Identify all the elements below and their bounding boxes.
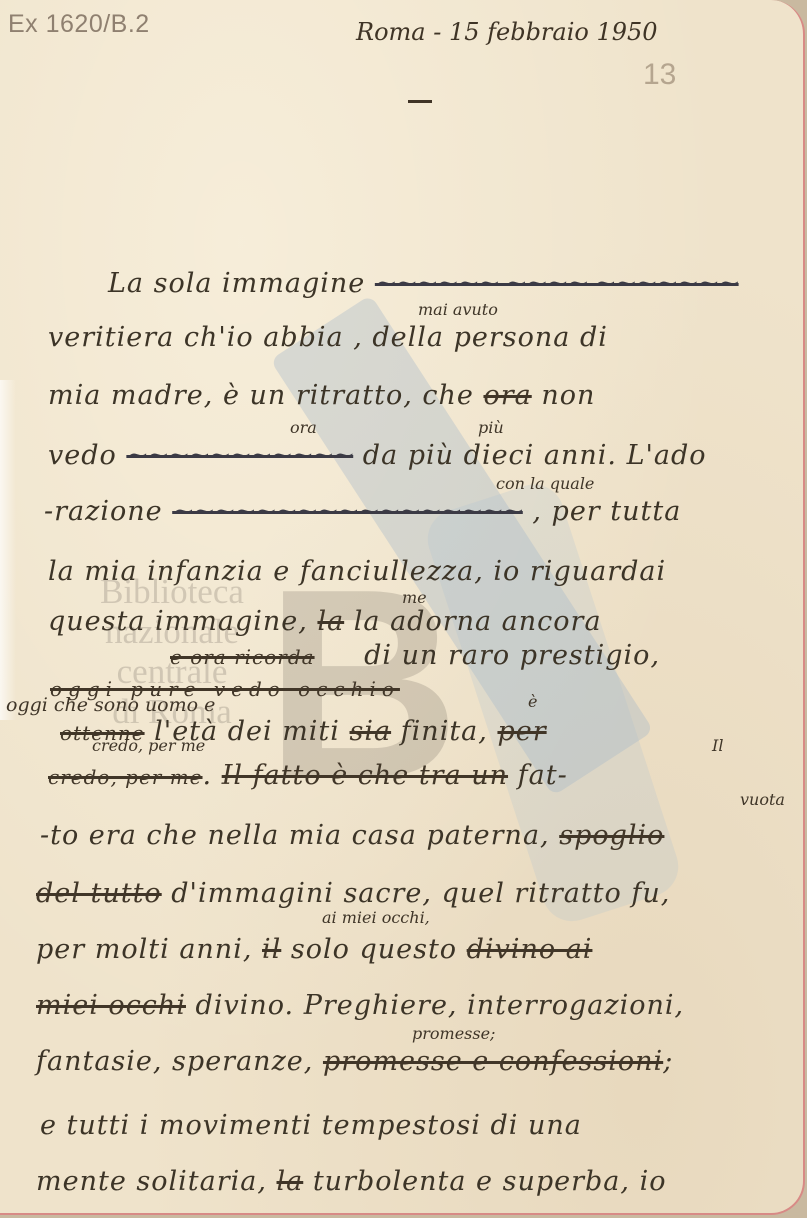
manuscript-line: e ora ricorda di un raro prestigio, xyxy=(170,640,660,671)
dateline: Roma - 15 febbraio 1950 xyxy=(356,18,658,46)
shelfmark: Ex 1620/B.2 xyxy=(8,10,150,39)
interlinear-insertion: è xyxy=(528,692,537,711)
interlinear-insertion: ora xyxy=(290,418,317,437)
page-number: 13 xyxy=(643,58,676,92)
torn-edge xyxy=(0,380,16,720)
interlinear-insertion: più xyxy=(478,418,504,437)
manuscript-line: credo, per me. Il fatto è che tra un fat… xyxy=(48,760,568,791)
separator-dash xyxy=(408,100,432,103)
manuscript-line: del tutto d'immagini sacre, quel ritratt… xyxy=(36,878,670,909)
manuscript-line: miei occhi divino. Preghiere, interrogaz… xyxy=(36,990,684,1021)
manuscript-line: La sola immagine ~~~~~~ ~~~~ ~~~~~~~ xyxy=(108,268,739,299)
interlinear-insertion: con la quale xyxy=(496,474,594,493)
interlinear-insertion: promesse; xyxy=(412,1024,495,1043)
manuscript-line: -to era che nella mia casa paterna, spog… xyxy=(40,820,664,851)
manuscript-page: B Biblioteca nazionale centrale di Roma … xyxy=(0,0,805,1215)
interlinear-insertion: mai avuto xyxy=(418,300,498,319)
manuscript-line: veritiera ch'io abbia , della persona di xyxy=(48,322,608,353)
manuscript-line: fantasie, speranze, promesse e confessio… xyxy=(36,1046,673,1077)
manuscript-line: la mia infanzia e fanciullezza, io rigua… xyxy=(48,556,666,587)
interlinear-insertion: me xyxy=(402,588,427,607)
manuscript-line: per molti anni, il solo questo divino ai xyxy=(36,934,592,965)
interlinear-insertion: Il xyxy=(712,736,723,755)
margin-note: oggi che sono uomo e xyxy=(6,694,215,716)
manuscript-line: mente solitaria, la turbolenta e superba… xyxy=(36,1166,666,1197)
interlinear-insertion: ai miei occhi, xyxy=(322,908,430,927)
manuscript-line: e tutti i movimenti tempestosi di una xyxy=(40,1110,582,1141)
interlinear-insertion: vuota xyxy=(740,790,785,809)
interlinear-insertion: credo, per me xyxy=(92,736,205,755)
deleted-scribble: ~~~~~~ ~~~~ ~~~~~~~ xyxy=(375,268,739,299)
manuscript-line: mia madre, è un ritratto, che ora non xyxy=(48,380,595,411)
manuscript-line: -razione ~~~~~~~~~~~~~~~~~ , per tutta xyxy=(44,496,681,527)
manuscript-line: vedo ~~~~~~~~~~~ da più dieci anni. L'ad… xyxy=(48,440,707,471)
manuscript-line: questa immagine, la la adorna ancora xyxy=(48,606,602,637)
